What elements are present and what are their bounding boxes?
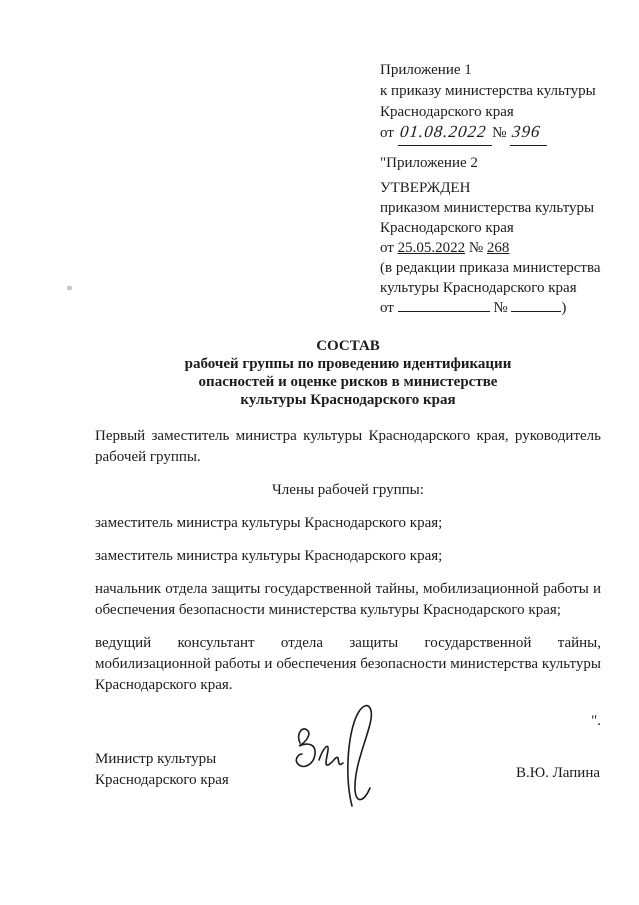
scan-artifact-dot: [67, 286, 72, 290]
approved-title: УТВЕРЖДЕН: [380, 178, 612, 198]
approved-block: УТВЕРЖДЕН приказом министерства культуры…: [380, 178, 612, 318]
signatory-post-line: Краснодарского края: [95, 770, 229, 791]
document-title: СОСТАВ рабочей группы по проведению иден…: [95, 337, 601, 409]
main-content: СОСТАВ рабочей группы по проведению иден…: [95, 337, 601, 732]
blank-date-field: [398, 299, 490, 312]
leader-paragraph: Первый заместитель министра культуры Кра…: [95, 426, 601, 468]
from-label: от: [380, 300, 394, 316]
from-label: от: [380, 240, 394, 256]
member-item: заместитель министра культуры Краснодарс…: [95, 513, 601, 534]
title-line: рабочей группы по проведению идентификац…: [95, 355, 601, 373]
handwritten-date: 01.08.2022: [399, 123, 487, 141]
signature-scribble: [286, 698, 386, 816]
signatory-name: В.Ю. Лапина: [516, 765, 600, 782]
approved-line: Краснодарского края: [380, 218, 612, 238]
no-label: №: [492, 125, 506, 141]
no-label: №: [469, 240, 483, 256]
handwritten-number-field: 396: [510, 123, 547, 146]
annex1-line: Приложение 1: [380, 60, 612, 81]
edition-line: культуры Краснодарского края: [380, 278, 612, 298]
member-item: начальник отдела защиты государственной …: [95, 579, 601, 621]
edition-blank-line: от № ): [380, 298, 612, 318]
approved-date: 25.05.2022: [398, 240, 466, 256]
signatory-post: Министр культуры Краснодарского края: [95, 749, 229, 791]
members-heading: Члены рабочей группы:: [95, 480, 601, 501]
title-line: опасностей и оценке рисков в министерств…: [95, 373, 601, 391]
document-page: Приложение 1 к приказу министерства куль…: [0, 0, 639, 905]
annex1-line: к приказу министерства культуры: [380, 81, 612, 102]
annex2-line: "Приложение 2: [380, 153, 612, 174]
title-line: культуры Краснодарского края: [95, 391, 601, 409]
handwritten-date-field: 01.08.2022: [398, 123, 493, 146]
handwritten-number: 396: [511, 123, 541, 141]
annex1-block: Приложение 1 к приказу министерства куль…: [380, 60, 612, 318]
approved-line: приказом министерства культуры: [380, 198, 612, 218]
member-item: заместитель министра культуры Краснодарс…: [95, 546, 601, 567]
title-line: СОСТАВ: [95, 337, 601, 355]
blank-number-field: [511, 299, 561, 312]
member-item: ведущий консультант отдела защиты госуда…: [95, 633, 601, 696]
signatory-post-line: Министр культуры: [95, 749, 229, 770]
edition-line: (в редакции приказа министерства: [380, 258, 612, 278]
from-label: от: [380, 125, 394, 141]
annex1-date-line: от 01.08.2022№ 396: [380, 123, 612, 146]
no-label: №: [493, 300, 507, 316]
approved-date-line: от 25.05.2022 № 268: [380, 238, 612, 258]
annex1-line: Краснодарского края: [380, 102, 612, 123]
approved-number: 268: [487, 240, 510, 256]
close-paren: ): [561, 300, 566, 316]
